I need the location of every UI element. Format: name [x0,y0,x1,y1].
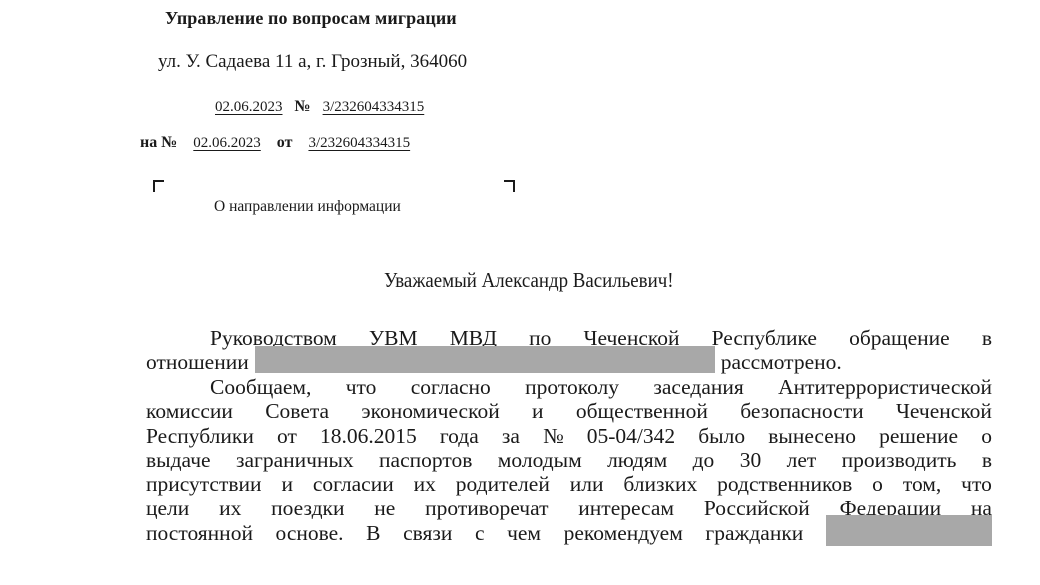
redacted-name-block [255,346,715,373]
word: до [693,448,715,472]
word: заседания [653,375,743,399]
word: близких [623,472,697,496]
word: 05-04/342 [587,424,675,448]
word: связи [403,521,452,545]
word: согласии [313,472,394,496]
word: заграничных [236,448,354,472]
word: людям [607,448,667,472]
word: В [366,521,380,545]
incoming-number: 3/232604334315 [308,135,410,151]
word: экономической [361,399,499,423]
word: или [570,472,604,496]
word: Республике [712,326,817,350]
word: их [219,496,241,520]
word: интересам [578,496,674,520]
word: Совета [265,399,329,423]
word: общественной [576,399,708,423]
word: о [981,424,992,448]
outgoing-reference: 02.06.2023№3/232604334315 [215,98,424,116]
paragraph-2-line-2: комиссииСоветаэкономическойиобщественной… [146,399,992,423]
word: Чеченской [896,399,992,423]
word: родственников [717,472,852,496]
outgoing-date: 02.06.2023 [215,99,283,115]
word: в [982,326,992,350]
organization-name: Управление по вопросам миграции [165,8,457,29]
word: Республики [146,424,254,448]
subject-bracket-right-icon [504,180,515,192]
word: цели [146,496,189,520]
word: присутствии [146,472,262,496]
word: и [281,472,293,496]
word: было [698,424,745,448]
word: молодым [498,448,582,472]
word: поездки [271,496,344,520]
word: основе. [276,521,344,545]
word: что [346,375,377,399]
word: года [440,424,479,448]
word: и [532,399,544,423]
word: чем [507,521,541,545]
word: протоколу [525,375,619,399]
paragraph-2-line-7: постояннойоснове.Всвязисчемрекомендуемгр… [146,521,992,545]
letter-subject: О направлении информации [214,198,401,216]
paragraph-1: РуководствомУВММВДпоЧеченскойРеспубликео… [146,326,992,375]
word: что [961,472,992,496]
from-label: от [277,134,293,151]
word: Сообщаем, [210,375,311,399]
organization-address: ул. У. Садаева 11 а, г. Грозный, 364060 [158,51,467,73]
word: вынесено [768,424,856,448]
word: 18.06.2015 [320,424,417,448]
word: противоречат [425,496,548,520]
word: Российской [704,496,810,520]
word: производить [842,448,957,472]
word: согласно [411,375,491,399]
number-label: № [295,98,311,115]
word: том, [903,472,941,496]
redacted-name-block [826,515,992,546]
word: постоянной [146,521,253,545]
paragraph-2: Сообщаем,чтосогласнопротоколузаседанияАн… [146,375,992,545]
incoming-date: 02.06.2023 [193,135,261,151]
word: с [475,521,485,545]
greeting: Уважаемый Александр Васильевич! [384,268,674,293]
line-text-after-redaction: рассмотрено. [721,350,842,374]
word: не [374,496,395,520]
word: о [872,472,883,496]
word: безопасности [740,399,863,423]
word: родителей [456,472,550,496]
outgoing-number: 3/232604334315 [323,99,425,115]
word: в [982,448,992,472]
paragraph-1-line-2: отношении рассмотрено. [146,350,992,374]
word: от [277,424,297,448]
word: № [543,424,564,448]
incoming-prefix-label: на № [140,134,177,151]
paragraph-2-line-5: присутствииисогласииихродителейилиблизки… [146,472,992,496]
subject-bracket-left-icon [153,180,164,192]
line-text-before-redaction: отношении [146,350,249,374]
word: комиссии [146,399,233,423]
word: обращение [849,326,950,350]
word: выдаче [146,448,211,472]
word: гражданки [705,521,803,545]
paragraph-2-line-3: Республикиот18.06.2015годаза№05-04/342бы… [146,424,992,448]
cut-off-text-line: ​ [146,578,992,585]
word: рекомендуем [564,521,683,545]
word: 30 [740,448,762,472]
incoming-reference: на №02.06.2023от3/232604334315 [140,134,410,152]
word: лет [787,448,817,472]
word: их [414,472,436,496]
word: паспортов [379,448,472,472]
word: за [502,424,520,448]
paragraph-2-line-1: Сообщаем,чтосогласнопротоколузаседанияАн… [146,375,992,399]
word: решение [879,424,958,448]
paragraph-2-line-4: выдачезаграничныхпаспортовмолодымлюдямдо… [146,448,992,472]
word: Антитеррористической [778,375,992,399]
